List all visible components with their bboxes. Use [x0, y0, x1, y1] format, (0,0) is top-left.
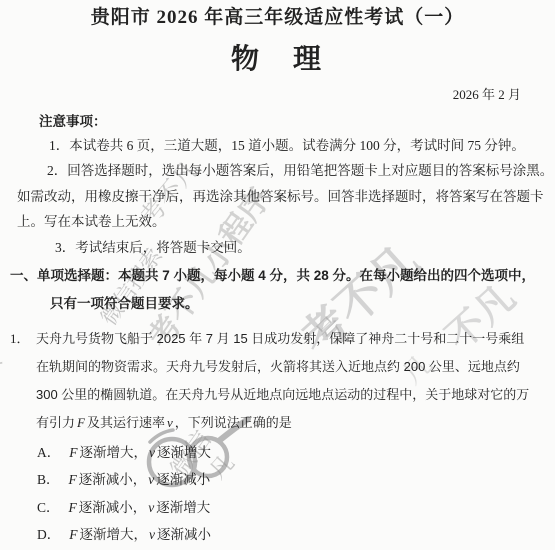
exam-title: 贵阳市 2026 年高三年级适应性考试（一）	[0, 6, 555, 30]
variable-v: v	[146, 500, 156, 515]
option-d-text-1: 逐渐增大，	[80, 527, 148, 542]
option-c-label: C．	[37, 500, 60, 515]
variable-F: F	[75, 415, 87, 430]
question-1-line-4-text-a: 有引力	[36, 415, 75, 430]
question-1-line-4-text-c: ，下列说法正确的是	[175, 415, 292, 430]
variable-v: v	[165, 415, 175, 430]
variable-v: v	[146, 472, 156, 487]
option-a: A．F逐渐增大，v逐渐增大	[37, 445, 211, 462]
variable-F: F	[67, 472, 79, 487]
section-heading-line-2: 只有一项符合题目要求。	[50, 296, 199, 313]
option-a-text-1: 逐渐增大，	[80, 445, 148, 460]
subject-title: 物 理	[0, 42, 555, 77]
notice-item-2-line-3: 上。写在本试卷上无效。	[17, 214, 166, 231]
notice-item-1: 1．本试卷共 6 页，三道大题，15 道小题。试卷满分 100 分，考试时间 7…	[49, 138, 525, 155]
exam-paper-page: 微信搜索 考不凡小程序 考不凡 考不凡 不凡 微信 号 凡 微 凡 贵阳市 20…	[0, 0, 555, 550]
notice-item-2-line-1: 2．回答选择题时，选出每小题答案后，用铅笔把答题卡上对应题目的答案标号涂黑。	[47, 163, 553, 180]
option-c-text-2: 逐渐增大	[156, 500, 210, 515]
exam-date: 2026 年 2 月	[453, 87, 521, 103]
option-b-text-2: 逐渐减小	[156, 472, 210, 487]
option-a-text-2: 逐渐增大	[157, 445, 211, 460]
watermark-corner-partial: 微	[0, 348, 8, 382]
notice-heading: 注意事项：	[39, 114, 107, 131]
option-c-text-1: 逐渐减小，	[79, 500, 147, 515]
variable-v: v	[147, 527, 157, 542]
question-1-number: 1．	[10, 331, 36, 347]
question-1-line-4-text-b: 及其运行速率	[87, 415, 165, 430]
variable-F: F	[67, 500, 79, 515]
option-b: B．F逐渐减小，v逐渐减小	[37, 472, 210, 489]
option-b-label: B．	[37, 472, 60, 487]
variable-v: v	[147, 445, 157, 460]
question-1-line-1: 1．天舟九号货物飞船于 2025 年 7 月 15 日成功发射，保障了神舟二十号…	[10, 331, 524, 347]
option-d-label: D．	[37, 527, 60, 542]
option-a-label: A．	[37, 445, 60, 460]
notice-item-2-line-2: 如需改动，用橡皮擦干净后，再选涂其他答案标号。回答非选择题时，将答案写在答题卡	[17, 189, 544, 206]
question-1-text: 天舟九号货物飞船于 2025 年 7 月 15 日成功发射，保障了神舟二十号和二…	[36, 331, 524, 346]
notice-item-3: 3．考试结束后，将答题卡交回。	[55, 240, 251, 257]
option-c: C．F逐渐减小，v逐渐增大	[37, 500, 210, 517]
question-1-line-2: 在轨期间的物资需求。天舟九号发射后，火箭将其送入近地点约 200 公里、远地点约	[36, 359, 520, 375]
variable-F: F	[67, 527, 79, 542]
option-b-text-1: 逐渐减小，	[79, 472, 147, 487]
question-1-line-4: 有引力F及其运行速率v，下列说法正确的是	[36, 415, 292, 431]
section-heading-line-1: 一、单项选择题：本题共 7 小题，每小题 4 分，共 28 分。在每小题给出的四…	[10, 268, 535, 285]
question-1-line-3: 300 公里的椭圆轨道。在天舟九号从近地点向远地点运动的过程中，关于地球对它的万	[36, 387, 529, 403]
variable-F: F	[67, 445, 79, 460]
option-d: D．F逐渐增大，v逐渐减小	[37, 527, 211, 544]
option-d-text-2: 逐渐减小	[157, 527, 211, 542]
